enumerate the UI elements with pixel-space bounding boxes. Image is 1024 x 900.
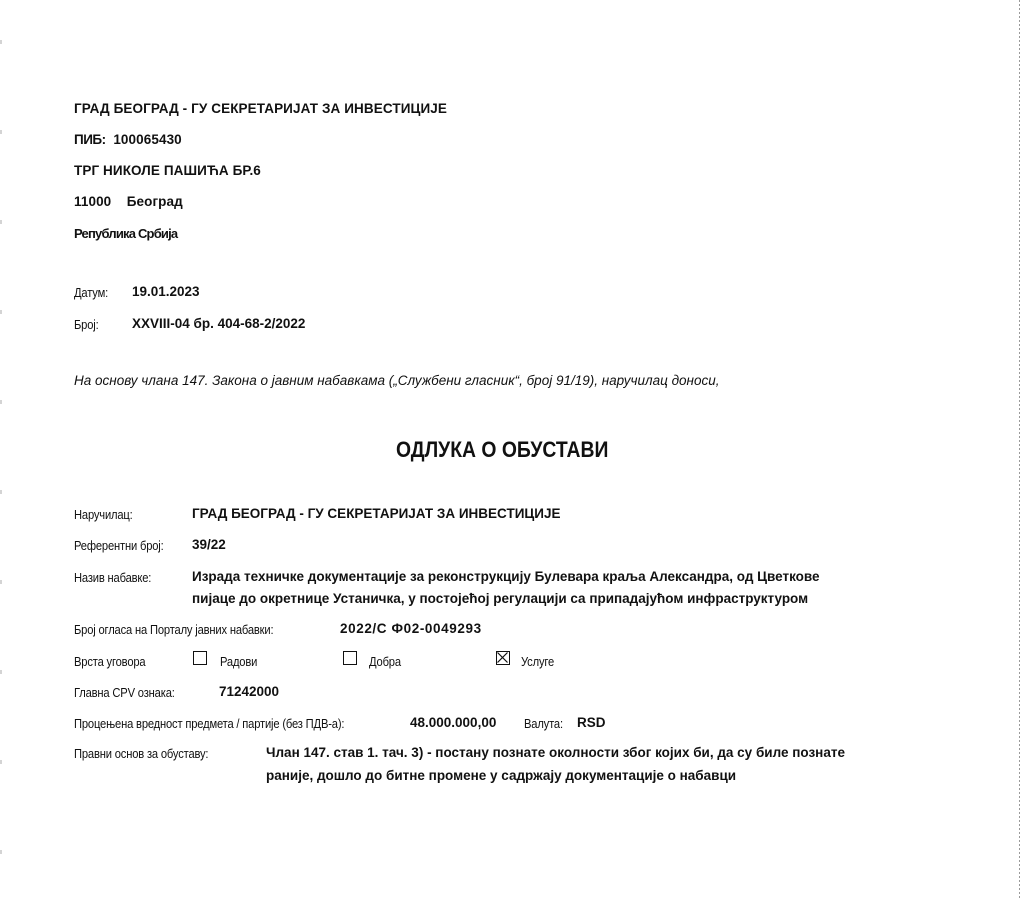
checkbox-dobra[interactable] [343, 651, 357, 665]
intro-text: На основу члана 147. Закона о јавним наб… [74, 373, 719, 388]
currency-value: RSD [577, 715, 606, 730]
contracting-authority-label: Наручилац: [74, 507, 133, 522]
postal-code: 11000 [74, 194, 111, 209]
checkbox-radovi[interactable] [193, 651, 207, 665]
currency-label: Валута: [524, 716, 563, 731]
organization-name: ГРАД БЕОГРАД - ГУ СЕКРЕТАРИЈАТ ЗА ИНВЕСТ… [74, 101, 447, 116]
checkbox-usluge[interactable] [496, 651, 510, 665]
scan-edge-left [0, 0, 2, 900]
checkbox-usluge-label: Услуге [521, 654, 554, 669]
legal-basis-line2: раније, дошло до битне промене у садржај… [266, 768, 736, 783]
reference-label: Референтни број: [74, 538, 164, 553]
contracting-authority-value: ГРАД БЕОГРАД - ГУ СЕКРЕТАРИЈАТ ЗА ИНВЕСТ… [192, 506, 560, 521]
reference-value: 39/22 [192, 537, 226, 552]
contract-type-label: Врста уговора [74, 654, 145, 669]
city-line: 11000 Београд [74, 194, 183, 209]
cpv-label: Главна CPV ознака: [74, 685, 175, 700]
scan-edge-right [1019, 0, 1020, 900]
document-title: ОДЛУКА О ОБУСТАВИ [396, 437, 608, 463]
estimated-value-label: Процењена вредност предмета / партије (б… [74, 716, 344, 731]
estimated-value: 48.000.000,00 [410, 715, 496, 730]
checkbox-radovi-label: Радови [220, 654, 257, 669]
legal-basis-line1: Члан 147. став 1. тач. 3) - постану позн… [266, 745, 845, 760]
country: Република Србија [74, 226, 177, 241]
procurement-name-line2: пијаце до окретнице Устаничка, у постоје… [192, 591, 808, 606]
date-label: Датум: [74, 285, 108, 300]
city: Београд [127, 194, 183, 209]
date-value: 19.01.2023 [132, 284, 200, 299]
x-mark-icon [497, 652, 508, 663]
number-value: XXVIII-04 бр. 404-68-2/2022 [132, 316, 305, 331]
pib-label: ПИБ: [74, 132, 106, 147]
address: ТРГ НИКОЛЕ ПАШИЋА БР.6 [74, 163, 261, 178]
legal-basis-label: Правни основ за обуставу: [74, 746, 208, 761]
cpv-value: 71242000 [219, 684, 279, 699]
procurement-name-label: Назив набавке: [74, 570, 151, 585]
notice-number-label: Број огласа на Порталу јавних набавки: [74, 622, 273, 637]
number-label: Број: [74, 317, 99, 332]
procurement-name-line1: Израда техничке документације за реконст… [192, 569, 820, 584]
pib-value: 100065430 [113, 132, 181, 147]
pib: ПИБ: 100065430 [74, 132, 182, 147]
checkbox-dobra-label: Добра [369, 654, 401, 669]
notice-number-value: 2022/С Ф02-0049293 [340, 621, 482, 636]
